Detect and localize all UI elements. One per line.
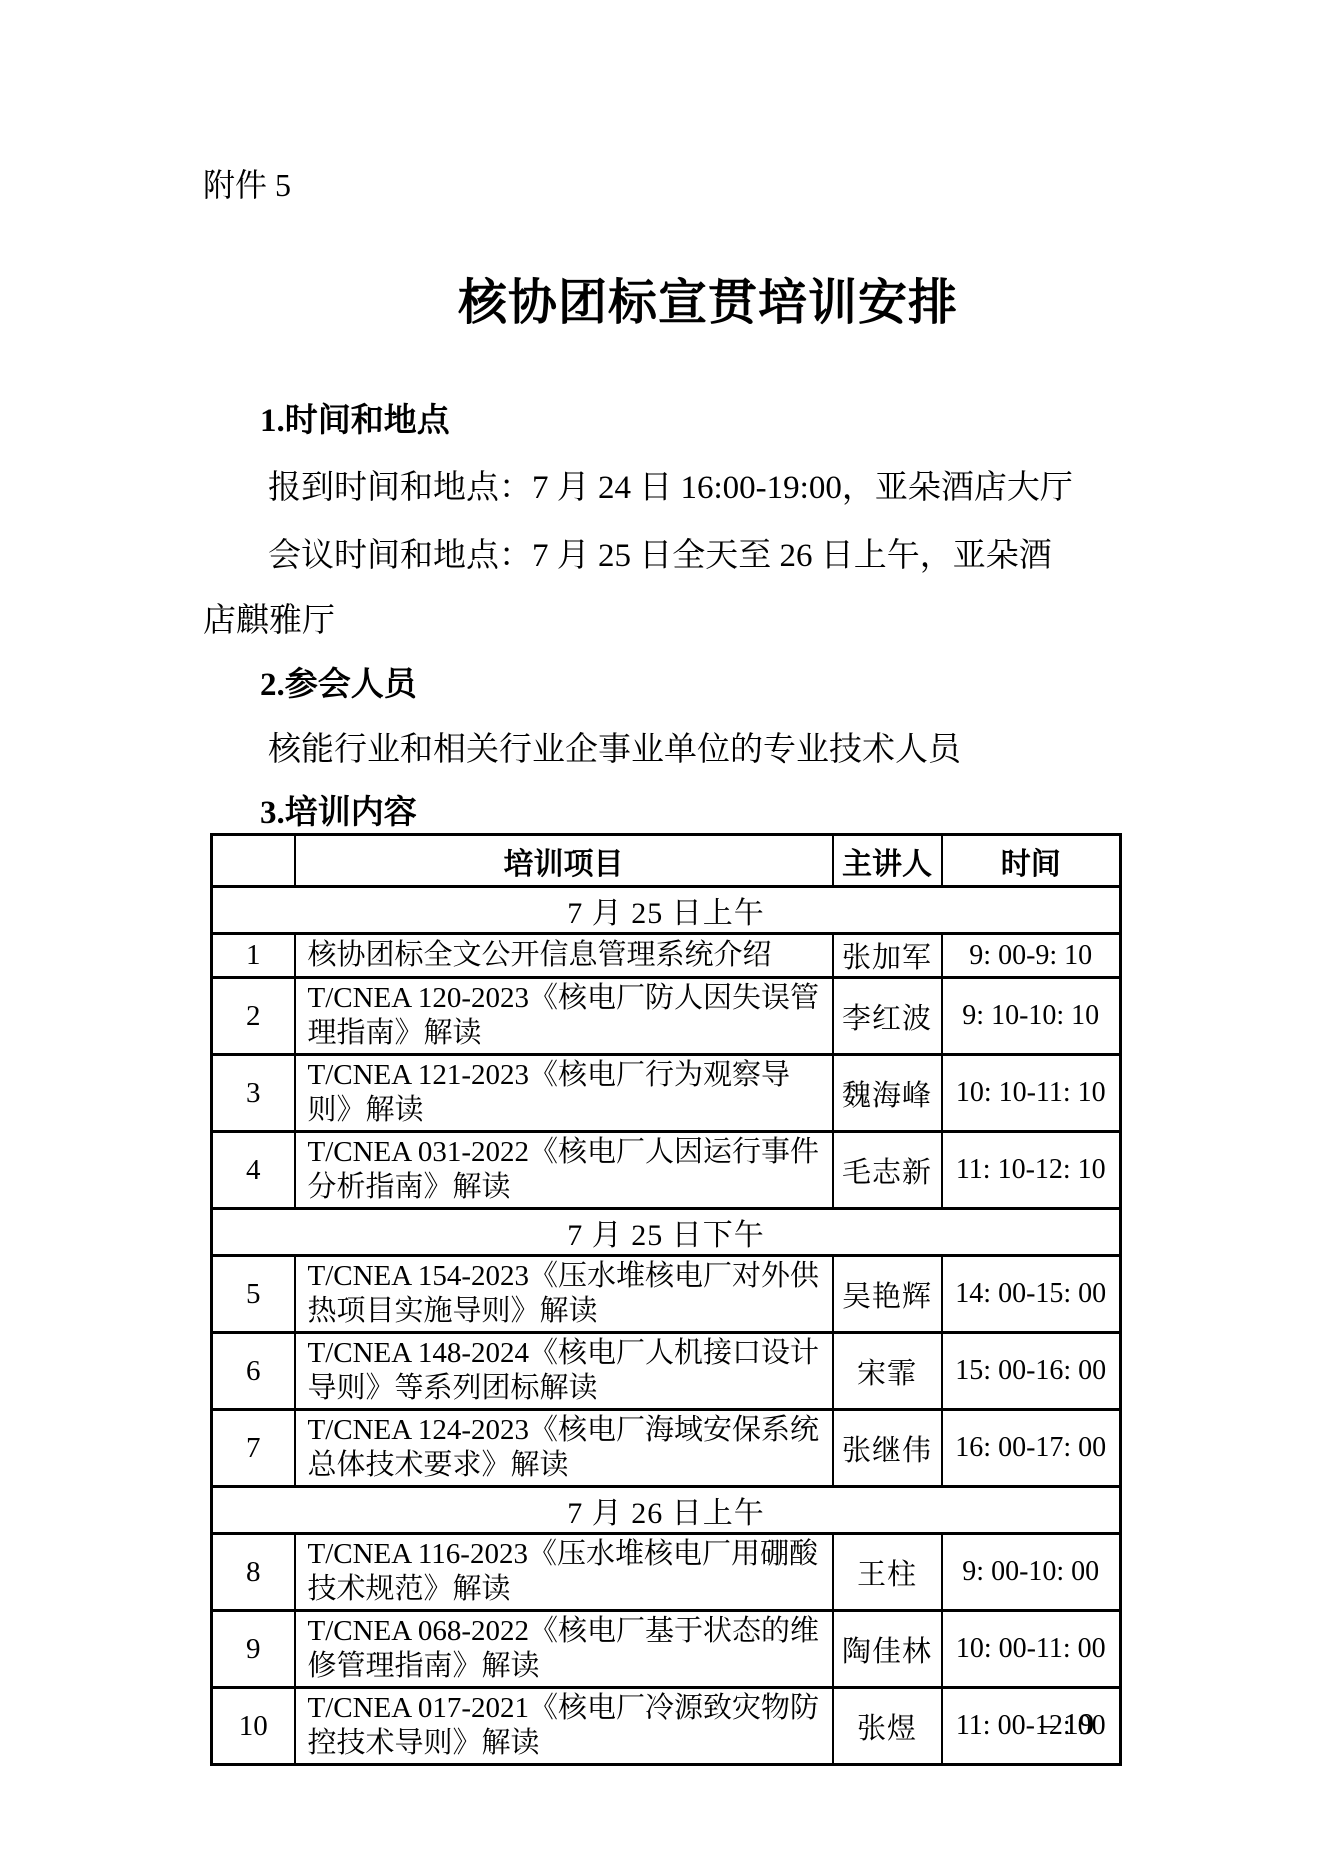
table-row: 5T/CNEA 154-2023《压水堆核电厂对外供热项目实施导则》解读吴艳辉1…: [212, 1256, 1121, 1333]
speaker-cell: 吴艳辉: [833, 1256, 942, 1333]
table-header-row: 培训项目 主讲人 时间: [212, 835, 1121, 887]
training-item-cell: T/CNEA 017-2021《核电厂冷源致灾物防控技术导则》解读: [295, 1688, 833, 1765]
speaker-cell: 陶佳林: [833, 1611, 942, 1688]
speaker-cell: 毛志新: [833, 1132, 942, 1209]
table-row: 1核协团标全文公开信息管理系统介绍张加军9: 00-9: 10: [212, 934, 1121, 978]
table-row: 10T/CNEA 017-2021《核电厂冷源致灾物防控技术导则》解读张煜11:…: [212, 1688, 1121, 1765]
training-item-cell: 核协团标全文公开信息管理系统介绍: [295, 934, 833, 978]
date-group-row: 7 月 25 日上午: [212, 887, 1121, 934]
header-time: 时间: [942, 835, 1121, 887]
header-training-item: 培训项目: [295, 835, 833, 887]
row-number-cell: 5: [212, 1256, 295, 1333]
training-item-cell: T/CNEA 031-2022《核电厂人因运行事件分析指南》解读: [295, 1132, 833, 1209]
row-number-cell: 3: [212, 1055, 295, 1132]
training-item-cell: T/CNEA 154-2023《压水堆核电厂对外供热项目实施导则》解读: [295, 1256, 833, 1333]
date-group-row: 7 月 26 日上午: [212, 1487, 1121, 1534]
training-item-cell: T/CNEA 116-2023《压水堆核电厂用硼酸技术规范》解读: [295, 1534, 833, 1611]
table-row: 6T/CNEA 148-2024《核电厂人机接口设计导则》等系列团标解读宋霏15…: [212, 1333, 1121, 1410]
row-number-cell: 6: [212, 1333, 295, 1410]
section-heading-time-place: 1.时间和地点: [260, 394, 450, 441]
training-item-cell: T/CNEA 124-2023《核电厂海域安保系统总体技术要求》解读: [295, 1410, 833, 1487]
header-speaker: 主讲人: [833, 835, 942, 887]
date-group-label: 7 月 26 日上午: [212, 1487, 1121, 1534]
date-group-label: 7 月 25 日下午: [212, 1209, 1121, 1256]
row-number-cell: 10: [212, 1688, 295, 1765]
table-row: 9T/CNEA 068-2022《核电厂基于状态的维修管理指南》解读陶佳林10:…: [212, 1611, 1121, 1688]
speaker-cell: 魏海峰: [833, 1055, 942, 1132]
speaker-cell: 张继伟: [833, 1410, 942, 1487]
row-number-cell: 7: [212, 1410, 295, 1487]
training-table-body: 7 月 25 日上午1核协团标全文公开信息管理系统介绍张加军9: 00-9: 1…: [212, 887, 1121, 1765]
row-number-cell: 8: [212, 1534, 295, 1611]
row-number-cell: 4: [212, 1132, 295, 1209]
time-cell: 16: 00-17: 00: [942, 1410, 1121, 1487]
row-number-cell: 1: [212, 934, 295, 978]
paragraph-participants: 核能行业和相关行业企事业单位的专业技术人员: [268, 723, 961, 770]
training-item-cell: T/CNEA 120-2023《核电厂防人因失误管理指南》解读: [295, 978, 833, 1055]
training-item-cell: T/CNEA 121-2023《核电厂行为观察导则》解读: [295, 1055, 833, 1132]
speaker-cell: 宋霏: [833, 1333, 942, 1410]
training-item-cell: T/CNEA 148-2024《核电厂人机接口设计导则》等系列团标解读: [295, 1333, 833, 1410]
paragraph-meeting-time: 会议时间和地点：7 月 25 日全天至 26 日上午，亚朵酒: [268, 529, 1052, 576]
time-cell: 11: 10-12: 10: [942, 1132, 1121, 1209]
date-group-row: 7 月 25 日下午: [212, 1209, 1121, 1256]
time-cell: 9: 10-10: 10: [942, 978, 1121, 1055]
time-cell: 9: 00-9: 10: [942, 934, 1121, 978]
attachment-label: 附件 5: [203, 160, 291, 206]
table-row: 2T/CNEA 120-2023《核电厂防人因失误管理指南》解读李红波9: 10…: [212, 978, 1121, 1055]
time-cell: 10: 00-11: 00: [942, 1611, 1121, 1688]
page-title: 核协团标宣贯培训安排: [100, 264, 1316, 334]
page-number: – 19: [1040, 1706, 1094, 1742]
date-group-label: 7 月 25 日上午: [212, 887, 1121, 934]
table-row: 4T/CNEA 031-2022《核电厂人因运行事件分析指南》解读毛志新11: …: [212, 1132, 1121, 1209]
training-item-cell: T/CNEA 068-2022《核电厂基于状态的维修管理指南》解读: [295, 1611, 833, 1688]
section-heading-training-content: 3.培训内容: [260, 786, 417, 833]
speaker-cell: 李红波: [833, 978, 942, 1055]
row-number-cell: 2: [212, 978, 295, 1055]
speaker-cell: 张加军: [833, 934, 942, 978]
paragraph-checkin-time: 报到时间和地点：7 月 24 日 16:00-19:00，亚朵酒店大厅: [268, 461, 1073, 508]
time-cell: 9: 00-10: 00: [942, 1534, 1121, 1611]
time-cell: 10: 10-11: 10: [942, 1055, 1121, 1132]
paragraph-meeting-place: 店麒雅厅: [203, 594, 335, 641]
section-heading-participants: 2.参会人员: [260, 658, 417, 705]
table-row: 8T/CNEA 116-2023《压水堆核电厂用硼酸技术规范》解读王柱9: 00…: [212, 1534, 1121, 1611]
time-cell: 15: 00-16: 00: [942, 1333, 1121, 1410]
header-number-cell: [212, 835, 295, 887]
speaker-cell: 张煜: [833, 1688, 942, 1765]
speaker-cell: 王柱: [833, 1534, 942, 1611]
training-schedule-table: 培训项目 主讲人 时间 7 月 25 日上午1核协团标全文公开信息管理系统介绍张…: [210, 833, 1122, 1766]
row-number-cell: 9: [212, 1611, 295, 1688]
table-row: 7T/CNEA 124-2023《核电厂海域安保系统总体技术要求》解读张继伟16…: [212, 1410, 1121, 1487]
table-row: 3T/CNEA 121-2023《核电厂行为观察导则》解读魏海峰10: 10-1…: [212, 1055, 1121, 1132]
time-cell: 14: 00-15: 00: [942, 1256, 1121, 1333]
